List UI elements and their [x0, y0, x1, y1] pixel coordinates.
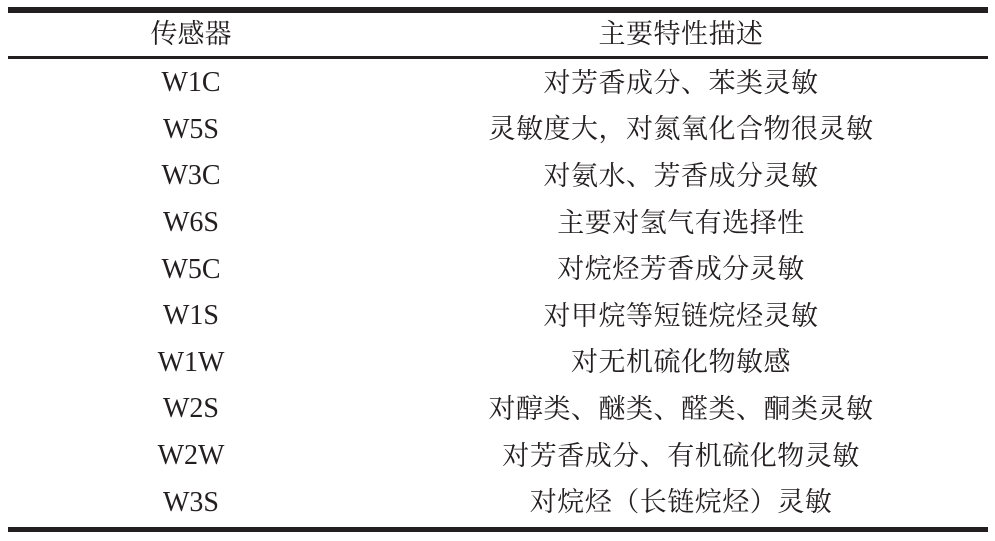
sensor-cell: W5S	[8, 116, 374, 144]
sensor-cell: W2W	[8, 442, 374, 470]
table-header-row: 传感器 主要特性描述	[8, 13, 988, 56]
table-bottom-rule	[8, 527, 988, 532]
header-description: 主要特性描述	[374, 21, 988, 48]
table-row: W1W 对无机硫化物敏感	[8, 340, 988, 387]
sensor-cell: W5C	[8, 256, 374, 284]
description-cell: 对烷烃芳香成分灵敏	[374, 256, 988, 283]
description-cell: 对醇类、醚类、醛类、酮类灵敏	[374, 396, 988, 423]
sensor-cell: W3C	[8, 162, 374, 190]
table-row: W2S 对醇类、醚类、醛类、酮类灵敏	[8, 386, 988, 433]
description-cell: 对甲烷等短链烷烃灵敏	[374, 303, 988, 330]
description-cell: 对芳香成分、苯类灵敏	[374, 70, 988, 97]
sensor-cell: W2S	[8, 395, 374, 423]
table-row: W6S 主要对氢气有选择性	[8, 200, 988, 247]
table-row: W3S 对烷烃（长链烷烃）灵敏	[8, 479, 988, 526]
table-row: W2W 对芳香成分、有机硫化物灵敏	[8, 433, 988, 480]
sensor-cell: W1C	[8, 69, 374, 97]
description-cell: 灵敏度大，对氮氧化合物很灵敏	[374, 116, 988, 143]
table-row: W1S 对甲烷等短链烷烃灵敏	[8, 293, 988, 340]
sensor-cell: W1S	[8, 302, 374, 330]
table-row: W3C 对氨水、芳香成分灵敏	[8, 153, 988, 200]
sensor-cell: W6S	[8, 209, 374, 237]
header-sensor: 传感器	[8, 21, 374, 48]
sensor-cell: W1W	[8, 349, 374, 377]
description-cell: 对氨水、芳香成分灵敏	[374, 163, 988, 190]
description-cell: 对烷烃（长链烷烃）灵敏	[374, 489, 988, 516]
sensor-cell: W3S	[8, 489, 374, 517]
sensor-characteristics-table: 传感器 主要特性描述 W1C 对芳香成分、苯类灵敏 W5S 灵敏度大，对氮氧化合…	[8, 7, 988, 532]
description-cell: 主要对氢气有选择性	[374, 210, 988, 237]
table-row: W1C 对芳香成分、苯类灵敏	[8, 60, 988, 107]
table-body: W1C 对芳香成分、苯类灵敏 W5S 灵敏度大，对氮氧化合物很灵敏 W3C 对氨…	[8, 59, 988, 527]
table-row: W5C 对烷烃芳香成分灵敏	[8, 246, 988, 293]
description-cell: 对无机硫化物敏感	[374, 349, 988, 376]
description-cell: 对芳香成分、有机硫化物灵敏	[374, 443, 988, 470]
table-row: W5S 灵敏度大，对氮氧化合物很灵敏	[8, 107, 988, 154]
